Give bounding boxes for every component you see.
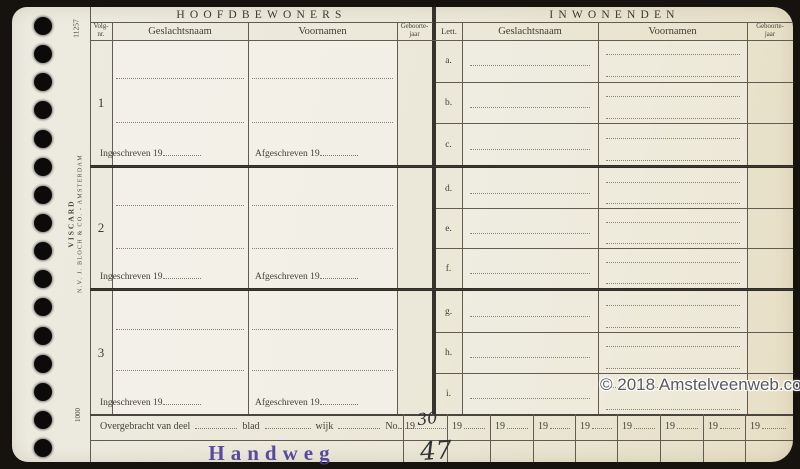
blad-label: blad — [242, 421, 259, 432]
punch-hole — [34, 130, 52, 148]
ingeschreven-label: Ingeschreven 19 — [100, 271, 201, 282]
volgnr-cell: 3 — [90, 345, 112, 361]
dotted-fill — [265, 420, 311, 429]
letter-row-divider — [436, 208, 793, 209]
name-writing-line — [116, 121, 244, 123]
dotted-fill — [550, 420, 570, 429]
dotted-fill — [320, 148, 358, 156]
right-table-title: INWONENDEN — [436, 9, 793, 21]
divider-right-voornamen — [747, 22, 748, 414]
letter-cell: i. — [436, 389, 461, 399]
dotted-fill — [720, 420, 740, 429]
ingeschreven-label: Ingeschreven 19 — [100, 148, 201, 159]
letter-writing-line — [470, 397, 590, 399]
letter-writing-line — [606, 221, 740, 223]
ingeschreven-text: Ingeschreven 19 — [100, 272, 163, 282]
punch-hole — [34, 101, 52, 119]
name-writing-line — [116, 328, 244, 330]
overgebracht-row: Overgebracht van deel blad wijk No. — [100, 420, 453, 432]
divider-left-voornamen — [397, 22, 398, 414]
name-writing-line — [252, 121, 393, 123]
letter-cell: e. — [436, 224, 461, 234]
dotted-fill — [592, 420, 612, 429]
year-prefix: 19 — [622, 421, 632, 432]
year-cell: 19 — [452, 414, 489, 432]
serial-number-top: 11257 — [72, 0, 81, 59]
name-writing-line — [252, 247, 393, 249]
name-writing-line — [116, 369, 244, 371]
dotted-fill — [464, 420, 485, 429]
col-header-right-geboortejaar: Geboorte- jaar — [747, 23, 793, 38]
name-writing-line — [116, 247, 244, 249]
ingeschreven-text: Ingeschreven 19 — [100, 149, 163, 159]
year-prefix: 19 — [405, 421, 415, 432]
dotted-fill — [320, 397, 358, 405]
serial-number-bottom: 1000 — [74, 385, 82, 445]
year-cell: 19 — [665, 414, 702, 432]
afgeschreven-text: Afgeschreven 19 — [255, 398, 320, 408]
printer-info: N.V. J. BLOCH & CO. - AMSTERDAM — [77, 144, 84, 304]
letter-writing-line — [606, 202, 740, 204]
volgnr-cell: 2 — [90, 220, 112, 236]
letter-writing-line — [606, 75, 740, 77]
letter-writing-line — [470, 315, 590, 317]
registration-card: 11257 VISCARD N.V. J. BLOCH & CO. - AMST… — [12, 7, 793, 462]
col-header-right-voornamen: Voornamen — [598, 26, 747, 37]
letter-writing-line — [470, 356, 590, 358]
punch-hole — [34, 298, 52, 316]
letter-cell: h. — [436, 348, 461, 358]
punch-hole — [34, 186, 52, 204]
year-prefix: 19 — [580, 421, 590, 432]
scanned-card-background: 11257 VISCARD N.V. J. BLOCH & CO. - AMST… — [0, 0, 800, 469]
bottom-divider — [617, 414, 618, 462]
letter-writing-line — [606, 282, 740, 284]
col-header-lett: Lett. — [436, 26, 462, 36]
punch-hole — [34, 355, 52, 373]
bottom-divider — [403, 414, 404, 462]
overgebracht-label: Overgebracht van deel — [100, 421, 190, 432]
copyright-watermark: © 2018 Amstelveenweb.com — [600, 375, 800, 395]
letter-row-divider — [436, 248, 793, 249]
afgeschreven-label: Afgeschreven 19 — [255, 148, 358, 159]
punch-hole — [34, 439, 52, 457]
year-cell: 19 — [622, 414, 659, 432]
letter-row-divider — [436, 82, 793, 83]
punch-hole — [34, 383, 52, 401]
letter-cell: b. — [436, 98, 461, 108]
ingeschreven-label: Ingeschreven 19 — [100, 397, 201, 408]
letter-writing-line — [470, 272, 590, 274]
letter-writing-line — [606, 117, 740, 119]
year-prefix: 19 — [495, 421, 505, 432]
punch-hole — [34, 158, 52, 176]
dotted-fill — [163, 397, 201, 405]
afgeschreven-label: Afgeschreven 19 — [255, 271, 358, 282]
col-header-left-geboortejaar: Geboorte- jaar — [397, 23, 432, 38]
ingeschreven-text: Ingeschreven 19 — [100, 398, 163, 408]
dotted-fill — [634, 420, 655, 429]
year-prefix: 19 — [750, 421, 760, 432]
bottom-divider — [703, 414, 704, 462]
printer-imprint: VISCARD N.V. J. BLOCH & CO. - AMSTERDAM — [67, 144, 84, 304]
letter-cell: f. — [436, 264, 461, 274]
col-header-left-geslachtsnaam: Geslachtsnaam — [112, 26, 248, 37]
year-cell: 19 — [708, 414, 744, 432]
col-header-volgnr-line1: Volg- — [90, 23, 112, 31]
printer-name: VISCARD — [67, 144, 76, 304]
col-header-left-voornamen: Voornamen — [248, 26, 397, 37]
bottom-divider — [533, 414, 534, 462]
wijk-label: wijk — [316, 421, 334, 432]
letter-writing-line — [606, 159, 740, 161]
letter-writing-line — [606, 53, 740, 55]
dotted-fill — [163, 148, 201, 156]
letter-writing-line — [606, 345, 740, 347]
dotted-fill — [338, 420, 380, 429]
afgeschreven-label: Afgeschreven 19 — [255, 397, 358, 408]
letter-writing-line — [470, 192, 590, 194]
volgnr-cell: 1 — [90, 95, 112, 111]
dotted-fill — [507, 420, 528, 429]
year-cell: 19 — [495, 414, 532, 432]
punch-hole — [34, 327, 52, 345]
letter-cell: a. — [436, 56, 461, 66]
bottom-divider — [745, 414, 746, 462]
punch-hole — [34, 214, 52, 232]
header-underline — [90, 40, 793, 41]
punch-hole — [34, 45, 52, 63]
street-name-stamp: Handweg — [162, 441, 382, 466]
letter-writing-line — [470, 106, 590, 108]
punch-hole — [34, 73, 52, 91]
bottom-divider — [575, 414, 576, 462]
afgeschreven-text: Afgeschreven 19 — [255, 272, 320, 282]
name-writing-line — [252, 369, 393, 371]
year-prefix: 19 — [538, 421, 548, 432]
title-underline-right — [436, 22, 793, 23]
name-writing-line — [252, 204, 393, 206]
letter-writing-line — [470, 148, 590, 150]
dotted-fill — [163, 271, 201, 279]
letter-writing-line — [606, 181, 740, 183]
letter-row-divider — [436, 332, 793, 333]
dotted-fill — [320, 271, 358, 279]
left-cells-zone — [112, 40, 397, 414]
punch-hole — [34, 242, 52, 260]
punch-hole — [34, 270, 52, 288]
year-prefix: 19 — [452, 421, 462, 432]
name-writing-line — [252, 328, 393, 330]
year-prefix: 19 — [708, 421, 718, 432]
divider-right-geslachtsnaam — [598, 22, 599, 414]
bottom-divider — [660, 414, 661, 462]
name-writing-line — [116, 77, 244, 79]
letter-cell: g. — [436, 307, 461, 317]
year-prefix: 19 — [665, 421, 675, 432]
name-writing-line — [252, 77, 393, 79]
punch-hole — [34, 411, 52, 429]
center-divider — [432, 7, 436, 414]
year-cell: 19 — [580, 414, 616, 432]
punch-hole — [34, 17, 52, 35]
main-row-divider — [90, 288, 793, 291]
col-header-left-geb-line1: Geboorte- — [397, 23, 432, 31]
divider-left-geslachtsnaam — [248, 22, 249, 414]
dotted-fill — [195, 420, 237, 429]
letter-writing-line — [606, 304, 740, 306]
handwritten-year: 30 — [416, 408, 439, 429]
letter-writing-line — [470, 232, 590, 234]
col-header-right-geslachtsnaam: Geslachtsnaam — [462, 26, 598, 37]
letter-cell: d. — [436, 184, 461, 194]
main-row-divider — [90, 165, 793, 168]
col-header-volgnr: Volg- nr. — [90, 23, 112, 38]
letter-row-divider — [436, 373, 793, 374]
letter-writing-line — [606, 408, 740, 410]
letter-writing-line — [470, 64, 590, 66]
year-cell: 19 — [538, 414, 574, 432]
col-header-volgnr-line2: nr. — [90, 31, 112, 39]
year-cell: 19 — [750, 414, 790, 432]
col-header-right-geb-line2: jaar — [747, 31, 793, 39]
name-writing-line — [116, 204, 244, 206]
letter-writing-line — [606, 137, 740, 139]
title-underline-left — [90, 22, 433, 23]
col-header-left-geb-line2: jaar — [397, 31, 432, 39]
no-label: No. — [385, 421, 400, 432]
letter-writing-line — [606, 367, 740, 369]
handwritten-number: 47 — [419, 435, 453, 466]
afgeschreven-text: Afgeschreven 19 — [255, 149, 320, 159]
dotted-fill — [762, 420, 786, 429]
letter-writing-line — [606, 242, 740, 244]
dotted-fill — [677, 420, 698, 429]
letter-cell: c. — [436, 140, 461, 150]
left-table-title: HOOFDBEWONERS — [90, 9, 433, 21]
letter-writing-line — [606, 95, 740, 97]
col-header-right-geb-line1: Geboorte- — [747, 23, 793, 31]
letter-writing-line — [606, 326, 740, 328]
letter-writing-line — [606, 261, 740, 263]
divider-volgnr — [112, 22, 113, 414]
bottom-divider — [490, 414, 491, 462]
divider-lett — [462, 22, 463, 414]
letter-row-divider — [436, 123, 793, 124]
